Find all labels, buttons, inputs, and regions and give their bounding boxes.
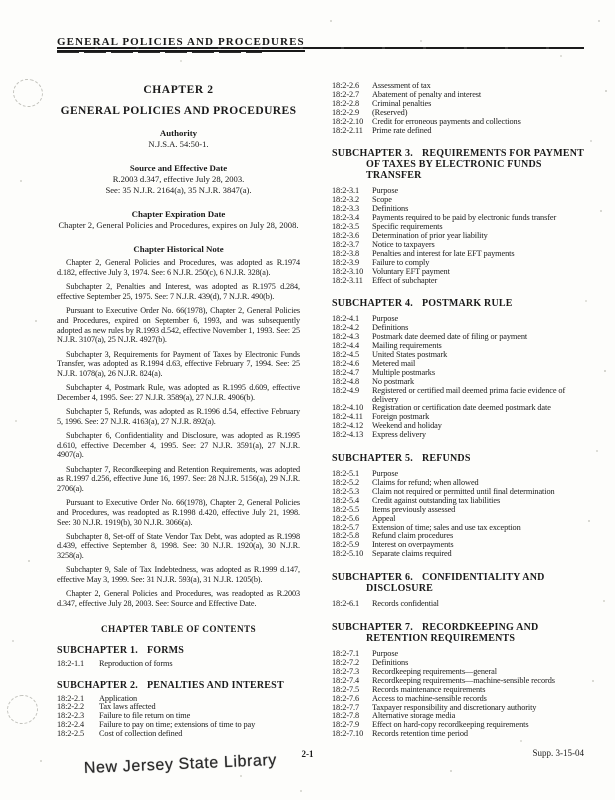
subchapter-label: SUBCHAPTER 7. xyxy=(332,622,413,633)
toc-entry: 18:2-3.4 Payments required to be paid by… xyxy=(332,214,584,223)
hole-punch-mark xyxy=(5,693,40,726)
toc-entry: 18:2-3.8 Penalties and interest for late… xyxy=(332,250,584,259)
toc-entry: 18:2-4.11 Foreign postmark xyxy=(332,413,584,422)
toc-entry: 18:2-1.1 Reproduction of forms xyxy=(57,660,300,669)
subchapter-7-heading: SUBCHAPTER 7.RECORDKEEPING AND RETENTION… xyxy=(332,622,584,644)
toc-entry-number: 18:2-7.10 xyxy=(332,730,372,739)
toc-list-sub6: 18:2-6.1 Records confidential xyxy=(332,600,584,609)
historical-note-paragraph: Subchapter 3, Requirements for Payment o… xyxy=(57,350,300,379)
toc-entry: 18:2-5.5 Items previously assessed xyxy=(332,506,584,515)
toc-entry-title: Records confidential xyxy=(372,600,584,609)
toc-entry-title: Purpose xyxy=(372,187,584,196)
subchapter-3-heading: SUBCHAPTER 3.REQUIREMENTS FOR PAYMENT OF… xyxy=(332,148,584,181)
toc-list-sub4: 18:2-4.1 Purpose 18:2-4.2 Definitions 18… xyxy=(332,315,584,440)
subchapter-label: SUBCHAPTER 2. xyxy=(57,680,138,691)
toc-entry-number: 18:2-6.1 xyxy=(332,600,372,609)
toc-entry: 18:2-4.12 Weekend and holiday xyxy=(332,422,584,431)
historical-note-paragraph: Subchapter 5, Refunds, was adopted as R.… xyxy=(57,407,300,426)
subchapter-name: POSTMARK RULE xyxy=(422,298,513,309)
toc-entry: 18:2-4.1 Purpose xyxy=(332,315,584,324)
subchapter-name: PENALTIES AND INTEREST xyxy=(147,680,284,691)
toc-entry: 18:2-5.10 Separate claims required xyxy=(332,550,584,559)
historical-note-paragraph: Subchapter 2, Penalties and Interest, wa… xyxy=(57,282,300,301)
toc-list-sub2-continued: 18:2-2.6 Assessment of tax 18:2-2.7 Abat… xyxy=(332,82,584,135)
running-header-title: GENERAL POLICIES AND PROCEDURES xyxy=(57,36,305,52)
toc-entry: 18:2-7.1 Purpose xyxy=(332,650,584,659)
subchapter-label: SUBCHAPTER 6. xyxy=(332,572,413,583)
toc-entry: 18:2-5.4 Credit against outstanding tax … xyxy=(332,497,584,506)
toc-entry-title: Effect of subchapter xyxy=(372,277,584,286)
historical-note-heading: Chapter Historical Note xyxy=(57,244,300,254)
toc-entry-number: 18:2-5.10 xyxy=(332,550,372,559)
toc-entry: 18:2-4.10 Registration or certification … xyxy=(332,404,584,413)
toc-entry: 18:2-3.6 Determination of prior year lia… xyxy=(332,232,584,241)
historical-note: Chapter 2, General Policies and Procedur… xyxy=(57,258,300,608)
toc-entry-title: Cost of collection defined xyxy=(99,730,300,739)
subchapter-label: SUBCHAPTER 5. xyxy=(332,453,413,464)
toc-entry-title: Registered or certified mail deemed prim… xyxy=(372,387,584,405)
historical-note-paragraph: Subchapter 8, Set-off of State Vendor Ta… xyxy=(57,532,300,561)
toc-list-sub5: 18:2-5.1 Purpose 18:2-5.2 Claims for ref… xyxy=(332,470,584,559)
running-header: GENERAL POLICIES AND PROCEDURES xyxy=(57,32,584,52)
toc-entry-title: Reproduction of forms xyxy=(99,660,300,669)
toc-entry-number: 18:2-2.11 xyxy=(332,127,372,136)
toc-entry: 18:2-4.13 Express delivery xyxy=(332,431,584,440)
toc-list-sub2: 18:2-2.1 Application 18:2-2.2 Tax laws a… xyxy=(57,695,300,740)
toc-list-sub7: 18:2-7.1 Purpose 18:2-7.2 Definitions 18… xyxy=(332,650,584,739)
historical-note-paragraph: Pursuant to Executive Order No. 66(1978)… xyxy=(57,498,300,527)
scanned-document-page: GENERAL POLICIES AND PROCEDURES CHAPTER … xyxy=(0,0,615,800)
subchapter-label: SUBCHAPTER 4. xyxy=(332,298,413,309)
subchapter-name: FORMS xyxy=(147,645,184,656)
chapter-number: CHAPTER 2 xyxy=(57,84,300,96)
toc-entry: 18:2-2.5 Cost of collection defined xyxy=(57,730,300,739)
toc-entry: 18:2-3.2 Scope xyxy=(332,196,584,205)
toc-entry: 18:2-4.4 Mailing requirements xyxy=(332,342,584,351)
toc-entry: 18:2-3.9 Failure to comply xyxy=(332,259,584,268)
supplement-label: Supp. 3-15-04 xyxy=(533,748,585,758)
toc-entry-number: 18:2-3.11 xyxy=(332,277,372,286)
header-rule xyxy=(57,47,584,49)
toc-entry-number: 18:2-4.13 xyxy=(332,431,372,440)
page-number: 2-1 xyxy=(0,749,615,759)
toc-entry: 18:2-5.7 Extension of time; sales and us… xyxy=(332,524,584,533)
chapter-title: GENERAL POLICIES AND PROCEDURES xyxy=(57,105,300,117)
header-rule-secondary xyxy=(57,52,262,53)
toc-list-sub3: 18:2-3.1 Purpose 18:2-3.2 Scope 18:2-3.3… xyxy=(332,187,584,285)
toc-entry-title: Items previously assessed xyxy=(372,506,584,515)
toc-entry-title: Records retention time period xyxy=(372,730,584,739)
toc-entry: 18:2-5.8 Refund claim procedures xyxy=(332,532,584,541)
toc-entry: 18:2-7.10 Records retention time period xyxy=(332,730,584,739)
toc-entry-number: 18:2-1.1 xyxy=(57,660,99,669)
toc-entry: 18:2-2.7 Abatement of penalty and intere… xyxy=(332,91,584,100)
toc-heading: CHAPTER TABLE OF CONTENTS xyxy=(57,624,300,634)
toc-entry: 18:2-4.6 Metered mail xyxy=(332,360,584,369)
toc-entry: 18:2-2.11 Prime rate defined xyxy=(332,127,584,136)
historical-note-paragraph: Subchapter 9, Sale of Tax Indebtedness, … xyxy=(57,565,300,584)
toc-entry: 18:2-2.10 Credit for erroneous payments … xyxy=(332,118,584,127)
toc-entry: 18:2-2.1 Application xyxy=(57,695,300,704)
historical-note-paragraph: Subchapter 4, Postmark Rule, was adopted… xyxy=(57,383,300,402)
toc-entry-number: 18:2-4.9 xyxy=(332,387,372,405)
subchapter-5-heading: SUBCHAPTER 5.REFUNDS xyxy=(332,453,584,464)
subchapter-label: SUBCHAPTER 3. xyxy=(332,148,413,159)
toc-entry: 18:2-4.9 Registered or certified mail de… xyxy=(332,387,584,405)
left-column: CHAPTER 2 GENERAL POLICIES AND PROCEDURE… xyxy=(57,78,300,739)
toc-entry: 18:2-5.9 Interest on overpayments xyxy=(332,541,584,550)
historical-note-paragraph: Subchapter 6, Confidentiality and Disclo… xyxy=(57,431,300,460)
toc-entry: 18:2-6.1 Records confidential xyxy=(332,600,584,609)
toc-entry: 18:2-3.1 Purpose xyxy=(332,187,584,196)
toc-entry: 18:2-4.3 Postmark date deemed date of fi… xyxy=(332,333,584,342)
subchapter-2-heading: SUBCHAPTER 2.PENALTIES AND INTEREST xyxy=(57,680,300,691)
toc-entry: 18:2-4.5 United States postmark xyxy=(332,351,584,360)
toc-list-sub1: 18:2-1.1 Reproduction of forms xyxy=(57,660,300,669)
historical-note-paragraph: Chapter 2, General Policies and Procedur… xyxy=(57,589,300,608)
toc-entry: 18:2-3.11 Effect of subchapter xyxy=(332,277,584,286)
subchapter-1-heading: SUBCHAPTER 1.FORMS xyxy=(57,645,300,656)
historical-note-paragraph: Chapter 2, General Policies and Procedur… xyxy=(57,258,300,277)
toc-entry-number: 18:2-2.5 xyxy=(57,730,99,739)
source-line: See: 35 N.J.R. 2164(a), 35 N.J.R. 3847(a… xyxy=(57,186,300,196)
toc-entry-title: Prime rate defined xyxy=(372,127,584,136)
toc-entry: 18:2-7.7 Taxpayer responsibility and dis… xyxy=(332,704,584,713)
source-heading: Source and Effective Date xyxy=(57,163,300,173)
expiration-text: Chapter 2, General Policies and Procedur… xyxy=(57,221,300,231)
subchapter-6-heading: SUBCHAPTER 6.CONFIDENTIALITY AND DISCLOS… xyxy=(332,572,604,594)
expiration-heading: Chapter Expiration Date xyxy=(57,209,300,219)
subchapter-4-heading: SUBCHAPTER 4.POSTMARK RULE xyxy=(332,298,584,309)
right-column: 18:2-2.6 Assessment of tax 18:2-2.7 Abat… xyxy=(332,82,584,739)
authority-citation: N.J.S.A. 54:50-1. xyxy=(57,140,300,150)
toc-entry: 18:2-3.10 Voluntary EFT payment xyxy=(332,268,584,277)
toc-entry: 18:2-2.8 Criminal penalties xyxy=(332,100,584,109)
hole-punch-mark xyxy=(10,76,45,110)
scan-noise xyxy=(0,0,2,2)
toc-entry-title: Express delivery xyxy=(372,431,584,440)
subchapter-name: REFUNDS xyxy=(422,453,471,464)
authority-heading: Authority xyxy=(57,128,300,138)
historical-note-paragraph: Subchapter 7, Recordkeeping and Retentio… xyxy=(57,465,300,494)
subchapter-label: SUBCHAPTER 1. xyxy=(57,645,138,656)
source-line: R.2003 d.347, effective July 28, 2003. xyxy=(57,175,300,185)
toc-entry-title: Separate claims required xyxy=(372,550,584,559)
historical-note-paragraph: Pursuant to Executive Order No. 66(1978)… xyxy=(57,306,300,345)
toc-entry: 18:2-4.7 Multiple postmarks xyxy=(332,369,584,378)
